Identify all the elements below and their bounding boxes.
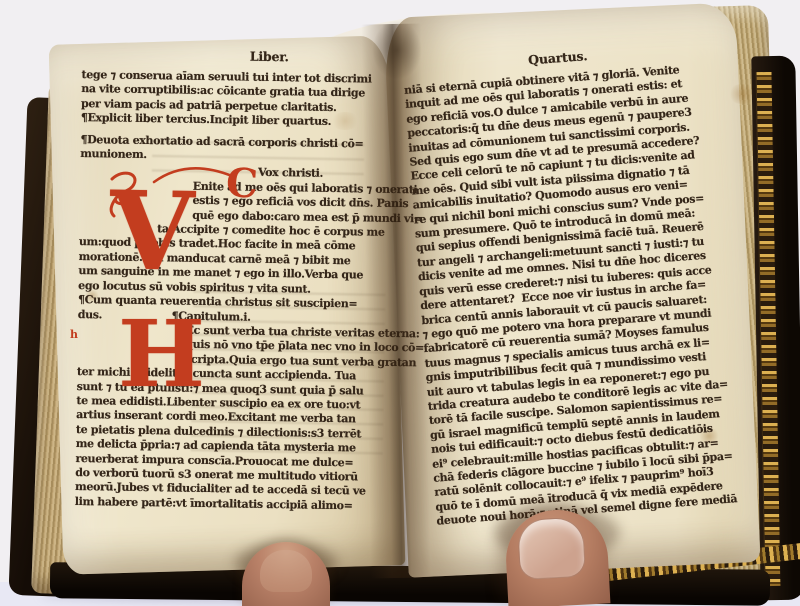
- rubricator-guide-letter: h: [70, 328, 78, 341]
- right-page-text-column: Quartus. niā si eternā cupiā obtinere vi…: [402, 37, 772, 529]
- gutter-top-shadow: [372, 20, 422, 80]
- rubricated-paraph-c: C: [225, 163, 259, 205]
- right-page-lines: niā si eternā cupiā obtinere vitā ⁊ glor…: [404, 59, 773, 530]
- gutter-shadow: [361, 24, 431, 579]
- rubricated-initial-v: V: [109, 181, 195, 282]
- rubricated-initial-h: H: [118, 310, 205, 398]
- fingernail: [260, 550, 312, 592]
- photo-of-open-incunable: Liber. tege ⁊ conserua aīam seruuli tui …: [0, 0, 800, 606]
- fingernail: [517, 517, 586, 580]
